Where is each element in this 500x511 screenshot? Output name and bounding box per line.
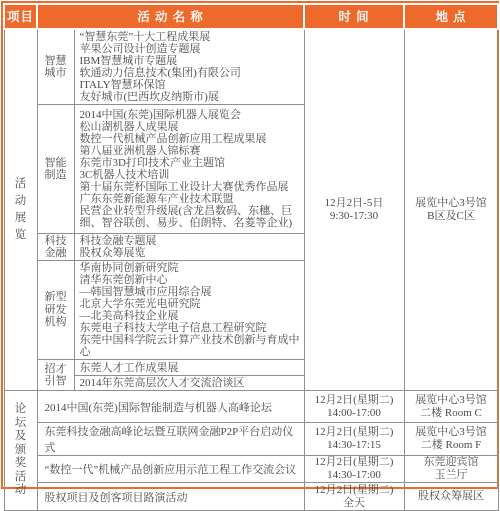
- row-forum-1: 论坛及颁奖活动 2014中国(东莞)国际智能制造与机器人高峰论坛 12月2日(星…: [4, 391, 498, 423]
- location-line: 二楼 Room F: [405, 439, 498, 452]
- activity-item: 东莞市3D打印技术产业主题馆: [80, 157, 301, 169]
- time-date-line: 12月2日-5日: [305, 197, 404, 210]
- activity-item: 科技金融专题展: [80, 235, 301, 247]
- activity-item: 广东东莞新能源车产业技术联盟: [80, 193, 301, 205]
- activity-item: IBM智慧城市专题展: [80, 55, 301, 67]
- time-hours-line: 14:00-17:00: [305, 407, 404, 420]
- row-smart-city: 活动展览 智慧 城市 “智慧东莞”十大工程成果展 苹果公司设计创造专题展 IBM…: [4, 29, 498, 105]
- event-schedule-table: 项目 活 动 名 称 时 间 地 点 活动展览 智慧 城市 “智慧东莞”十大工程…: [3, 3, 499, 511]
- activity-item: 2014中国(东莞)国际机器人展览会: [80, 109, 301, 121]
- activity-item: 软通动力信息技术(集团)有限公司: [80, 67, 301, 79]
- forum-group-cell: 论坛及颁奖活动: [4, 391, 37, 511]
- forum-activity: 2014中国(东莞)国际智能制造与机器人高峰论坛: [37, 391, 304, 423]
- section-label-line: 新型: [38, 291, 74, 304]
- section-label-line: 智慧: [38, 55, 74, 68]
- activity-item: 清华东莞创新中心: [80, 274, 301, 286]
- location-line: 展览中心3号馆: [405, 394, 498, 407]
- header-activity-name: 活 动 名 称: [37, 4, 304, 29]
- header-time: 时 间: [304, 4, 404, 29]
- time-hours-line: 全天: [305, 497, 404, 510]
- forum-activity: 东莞科技金融高峰论坛暨互联网金融P2P平台启动仪式: [37, 423, 304, 456]
- forum-location-cell: 展览中心3号馆 二楼 Room C: [404, 391, 498, 423]
- activity-item: 第十届东莞杯国际工业设计大赛优秀作品展: [80, 181, 301, 193]
- section-items-intelligent-manufacturing: 2014中国(东莞)国际机器人展览会 松山湖机器人成果展 数控一代机械产品创新应…: [74, 105, 304, 234]
- forum-time-cell: 12月2日(星期二) 全天: [304, 483, 404, 511]
- location-line: 东莞迎宾馆: [405, 456, 498, 469]
- activity-item: 苹果公司设计创造专题展: [80, 43, 301, 55]
- forum-group-label: 论坛及颁奖活动: [14, 403, 27, 498]
- forum-time-cell: 12月2日(星期二) 14:30-17:15: [304, 423, 404, 456]
- location-line: B区及C区: [405, 210, 498, 223]
- activity-item: 华南协同创新研究院: [80, 262, 301, 274]
- forum-location-cell: 股权众筹展区: [404, 483, 498, 511]
- activity-item: 2014年东莞高层次人才交流洽谈区: [80, 377, 301, 389]
- activity-item: 3C机器人技术培训: [80, 169, 301, 181]
- section-label-line: 研发: [38, 304, 74, 317]
- time-date-line: 12月2日(星期二): [305, 394, 404, 407]
- activity-item: 松山湖机器人成果展: [80, 121, 301, 133]
- section-label-line: 机构: [38, 316, 74, 329]
- activity-item: 友好城市(巴西坎皮纳斯市)展: [80, 91, 301, 103]
- section-label-intelligent-manufacturing: 智能 制造: [37, 105, 74, 234]
- section-label-line: 招才: [38, 363, 74, 376]
- section-items-smart-city: “智慧东莞”十大工程成果展 苹果公司设计创造专题展 IBM智慧城市专题展 软通动…: [74, 29, 304, 105]
- header-location: 地 点: [404, 4, 498, 29]
- forum-time-cell: 12月2日(星期二) 14:00-17:00: [304, 391, 404, 423]
- section-label-talent: 招才 引智: [37, 360, 74, 391]
- time-date-line: 12月2日(星期二): [305, 426, 404, 439]
- activity-item: 民营企业转型升级展(含龙昌数码、东穗、巨细、智谷联创、易步、伯朗特、名菱等企业): [80, 205, 301, 229]
- activity-item: 第八届亚洲机器人锦标赛: [80, 145, 301, 157]
- row-forum-3: “数控一代”机械产品创新应用示范工程工作交流会议 12月2日(星期二) 14:3…: [4, 456, 498, 483]
- forum-location-cell: 东莞迎宾馆 玉兰厅: [404, 456, 498, 483]
- section-label-line: 城市: [38, 67, 74, 80]
- section-items-talent-1: 东莞人才工作成果展: [74, 360, 304, 376]
- section-label-line: 科技: [38, 235, 74, 248]
- section-items-tech-finance: 科技金融专题展 股权众筹展览: [74, 234, 304, 261]
- exhibition-time-cell: 12月2日-5日 9:30-17:30: [304, 29, 404, 391]
- activity-item: 股权众筹展览: [80, 247, 301, 259]
- section-items-talent-2: 2014年东莞高层次人才交流洽谈区: [74, 376, 304, 391]
- time-hours-line: 14:30-17:00: [305, 469, 404, 482]
- section-label-tech-finance: 科技 金融: [37, 234, 74, 261]
- location-line: 股权众筹展区: [405, 490, 498, 503]
- location-line: 二楼 Room C: [405, 407, 498, 420]
- location-line: 展览中心3号馆: [405, 197, 498, 210]
- activity-item: “智慧东莞”十大工程成果展: [80, 31, 301, 43]
- activity-item: ITALY智慧环保馆: [80, 79, 301, 91]
- table-header-row: 项目 活 动 名 称 时 间 地 点: [4, 4, 498, 29]
- forum-activity: 股权项目及创客项目路演活动: [37, 483, 304, 511]
- activity-item: 北京大学东莞光电研究院: [80, 298, 301, 310]
- schedule-table-frame: 项目 活 动 名 称 时 间 地 点 活动展览 智慧 城市 “智慧东莞”十大工程…: [1, 1, 499, 489]
- activity-item: 东莞人才工作成果展: [80, 362, 301, 374]
- section-label-line: 智能: [38, 157, 74, 170]
- activity-item: 东莞中国科学院云计算产业技术创新与育成中心: [80, 334, 301, 358]
- time-hours-line: 9:30-17:30: [305, 210, 404, 223]
- time-date-line: 12月2日(星期二): [305, 456, 404, 469]
- location-line: 玉兰厅: [405, 469, 498, 482]
- location-line: 展览中心3号馆: [405, 426, 498, 439]
- exhibition-location-cell: 展览中心3号馆 B区及C区: [404, 29, 498, 391]
- forum-activity: “数控一代”机械产品创新应用示范工程工作交流会议: [37, 456, 304, 483]
- exhibition-group-cell: 活动展览: [4, 29, 37, 391]
- row-forum-2: 东莞科技金融高峰论坛暨互联网金融P2P平台启动仪式 12月2日(星期二) 14:…: [4, 423, 498, 456]
- forum-location-cell: 展览中心3号馆 二楼 Room F: [404, 423, 498, 456]
- row-forum-4: 股权项目及创客项目路演活动 12月2日(星期二) 全天 股权众筹展区: [4, 483, 498, 511]
- exhibition-group-label: 活动展览: [14, 176, 27, 244]
- section-label-line: 金融: [38, 247, 74, 260]
- section-label-new-rd: 新型 研发 机构: [37, 261, 74, 360]
- time-hours-line: 14:30-17:15: [305, 439, 404, 452]
- time-date-line: 12月2日(星期二): [305, 484, 404, 497]
- forum-time-cell: 12月2日(星期二) 14:30-17:00: [304, 456, 404, 483]
- activity-item: 数控一代机械产品创新应用工程成果展: [80, 133, 301, 145]
- activity-item: —北美高科技企业展: [80, 310, 301, 322]
- section-label-smart-city: 智慧 城市: [37, 29, 74, 105]
- section-label-line: 引智: [38, 375, 74, 388]
- section-items-new-rd: 华南协同创新研究院 清华东莞创新中心 —韩国智慧城市应用综合展 北京大学东莞光电…: [74, 261, 304, 360]
- section-label-line: 制造: [38, 169, 74, 182]
- activity-item: —韩国智慧城市应用综合展: [80, 286, 301, 298]
- header-project: 项目: [4, 4, 37, 29]
- activity-item: 东莞电子科技大学电子信息工程研究院: [80, 322, 301, 334]
